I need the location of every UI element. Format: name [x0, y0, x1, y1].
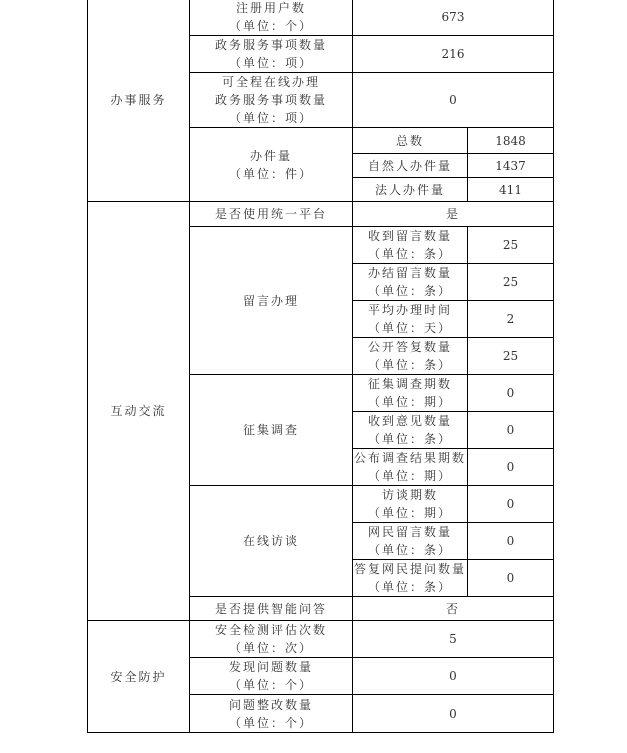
label-interview: 在线访谈 [190, 486, 353, 597]
label-issues-fixed: 问题整改数量（单位：个） [190, 695, 353, 733]
label-cases-legal: 法人办件量 [353, 178, 468, 202]
value-unified-platform: 是 [353, 202, 554, 227]
value-service-items: 216 [353, 36, 554, 73]
label-survey-opinions: 收到意见数量（单位：条） [353, 412, 468, 449]
category-security: 安全防护 [88, 621, 190, 733]
label-service-items: 政务服务事项数量（单位：项） [190, 36, 353, 73]
value-cases-legal: 411 [468, 178, 554, 202]
label-survey-results: 公布调查结果期数（单位：期） [353, 449, 468, 486]
label-interview-messages: 网民留言数量（单位：条） [353, 523, 468, 560]
label-msg-avg-time: 平均办理时间（单位：天） [353, 301, 468, 338]
value-interview-periods: 0 [468, 486, 554, 523]
label-interview-replies: 答复网民提问数量（单位：条） [353, 560, 468, 597]
value-interview-messages: 0 [468, 523, 554, 560]
label-issues-found: 发现问题数量（单位：个） [190, 658, 353, 695]
value-security-checks: 5 [353, 621, 554, 658]
label-cases: 办件量（单位：件） [190, 128, 353, 202]
value-msg-closed: 25 [468, 264, 554, 301]
label-security-checks: 安全检测评估次数（单位：次） [190, 621, 353, 658]
label-messages: 留言办理 [190, 227, 353, 375]
label-interview-periods: 访谈期数（单位：期） [353, 486, 468, 523]
value-interview-replies: 0 [468, 560, 554, 597]
value-cases-total: 1848 [468, 128, 554, 154]
report-table: 办事服务 注册用户数（单位：个） 673 政务服务事项数量（单位：项） 216 … [87, 0, 554, 733]
label-cases-natural: 自然人办件量 [353, 154, 468, 178]
value-survey-periods: 0 [468, 375, 554, 412]
label-survey: 征集调查 [190, 375, 353, 486]
label-msg-closed: 办结留言数量（单位：条） [353, 264, 468, 301]
value-msg-received: 25 [468, 227, 554, 264]
label-online-items: 可全程在线办理政务服务事项数量（单位：项） [190, 73, 353, 128]
category-interaction: 互动交流 [88, 202, 190, 621]
value-issues-fixed: 0 [353, 695, 554, 733]
value-survey-opinions: 0 [468, 412, 554, 449]
label-survey-periods: 征集调查期数（单位：期） [353, 375, 468, 412]
value-online-items: 0 [353, 73, 554, 128]
value-registered-users: 673 [353, 0, 554, 36]
value-cases-natural: 1437 [468, 154, 554, 178]
label-unified-platform: 是否使用统一平台 [190, 202, 353, 227]
value-msg-public: 25 [468, 338, 554, 375]
value-issues-found: 0 [353, 658, 554, 695]
label-msg-received: 收到留言数量（单位：条） [353, 227, 468, 264]
value-smart-qa: 否 [353, 597, 554, 621]
label-registered-users: 注册用户数（单位：个） [190, 0, 353, 36]
label-msg-public: 公开答复数量（单位：条） [353, 338, 468, 375]
label-cases-total: 总数 [353, 128, 468, 154]
value-msg-avg-time: 2 [468, 301, 554, 338]
value-survey-results: 0 [468, 449, 554, 486]
category-service: 办事服务 [88, 0, 190, 202]
label-smart-qa: 是否提供智能问答 [190, 597, 353, 621]
